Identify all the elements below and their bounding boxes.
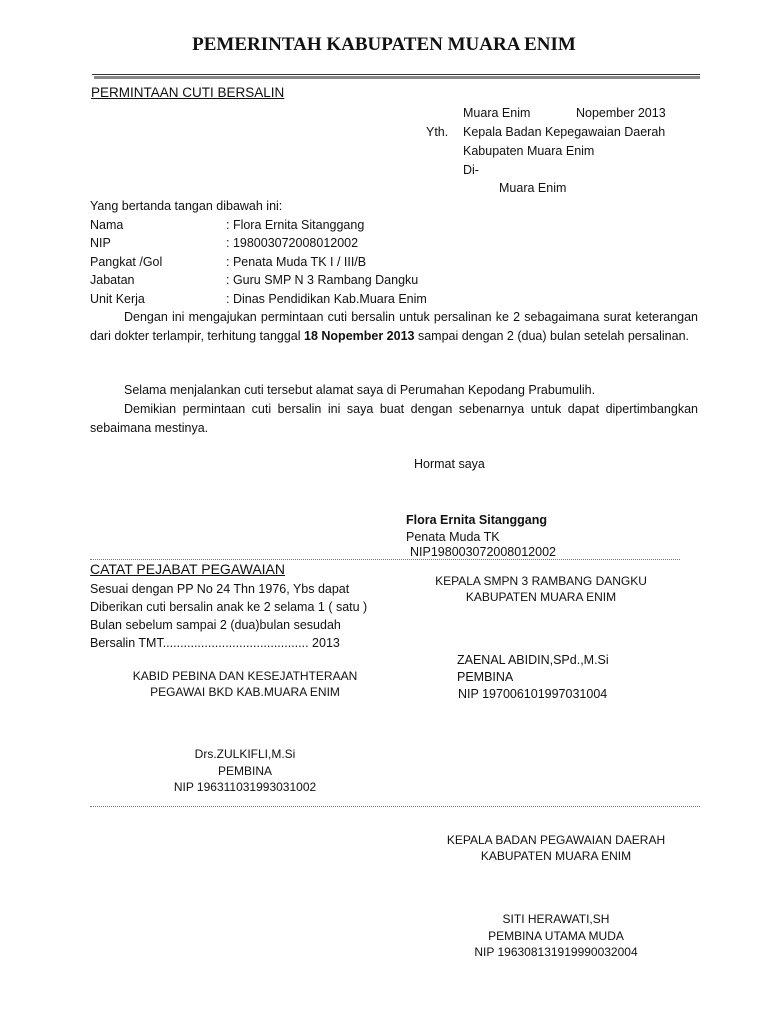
kabid-title-2: PEGAWAI BKD KAB.MUARA ENIM bbox=[90, 683, 400, 702]
field-value-pangkat: : Penata Muda TK I / III/B bbox=[226, 253, 366, 272]
intro-text: Yang bertanda tangan dibawah ini: bbox=[90, 197, 282, 216]
field-label-nip: NIP bbox=[90, 234, 111, 253]
kepsek-title-2: KABUPATEN MUARA ENIM bbox=[386, 588, 696, 607]
catat-line-4: Bersalin TMT............................… bbox=[90, 634, 340, 653]
yth-label: Yth. bbox=[426, 123, 448, 142]
header-rule-thin bbox=[92, 74, 700, 75]
catat-line-1: Sesuai dengan PP No 24 Thn 1976, Ybs dap… bbox=[90, 580, 349, 599]
body-paragraph-3: Demikian permintaan cuti bersalin ini sa… bbox=[90, 400, 698, 438]
kepsek-nip: NIP 197006101997031004 bbox=[458, 685, 607, 704]
p1-date-bold: 18 Nopember 2013 bbox=[304, 329, 414, 343]
body-paragraph-1: Dengan ini mengajukan permintaan cuti be… bbox=[90, 308, 698, 346]
field-value-nama: : Flora Ernita Sitanggang bbox=[226, 216, 364, 235]
kepala-badan-title-2: KABUPATEN MUARA ENIM bbox=[406, 847, 706, 866]
section-divider-2 bbox=[90, 806, 700, 807]
recipient-line-3: Di- bbox=[463, 161, 479, 180]
kepala-badan-nip: NIP 196308131919990032004 bbox=[406, 943, 706, 962]
kabid-nip: NIP 196311031993031002 bbox=[90, 778, 400, 797]
document-title: PEMERINTAH KABUPATEN MUARA ENIM bbox=[0, 34, 768, 56]
catat-line-2: Diberikan cuti bersalin anak ke 2 selama… bbox=[90, 598, 367, 617]
field-value-unit-kerja: : Dinas Pendidikan Kab.Muara Enim bbox=[226, 290, 427, 309]
field-value-jabatan: : Guru SMP N 3 Rambang Dangku bbox=[226, 271, 418, 290]
recipient-line-4: Muara Enim bbox=[499, 179, 566, 198]
p1-text-b: sampai dengan 2 (dua) bulan setelah pers… bbox=[415, 329, 690, 343]
place-date: Nopember 2013 bbox=[576, 104, 666, 123]
recipient-line-2: Kabupaten Muara Enim bbox=[463, 142, 594, 161]
header-rule-thick bbox=[94, 76, 700, 79]
doc-heading: PERMINTAAN CUTI BERSALIN bbox=[91, 85, 284, 100]
closing-text: Hormat saya bbox=[414, 455, 485, 474]
section-divider-1 bbox=[90, 559, 680, 560]
field-label-nama: Nama bbox=[90, 216, 123, 235]
body-paragraph-2: Selama menjalankan cuti tersebut alamat … bbox=[90, 381, 698, 400]
catat-line-3: Bulan sebelum sampai 2 (dua)bulan sesuda… bbox=[90, 616, 341, 635]
catat-heading: CATAT PEJABAT PEGAWAIAN bbox=[90, 561, 285, 577]
field-label-jabatan: Jabatan bbox=[90, 271, 134, 290]
recipient-line-1: Kepala Badan Kepegawaian Daerah bbox=[463, 123, 665, 142]
field-value-nip: : 198003072008012002 bbox=[226, 234, 358, 253]
place-city: Muara Enim bbox=[463, 104, 530, 123]
field-label-unit-kerja: Unit Kerja bbox=[90, 290, 145, 309]
field-label-pangkat: Pangkat /Gol bbox=[90, 253, 162, 272]
